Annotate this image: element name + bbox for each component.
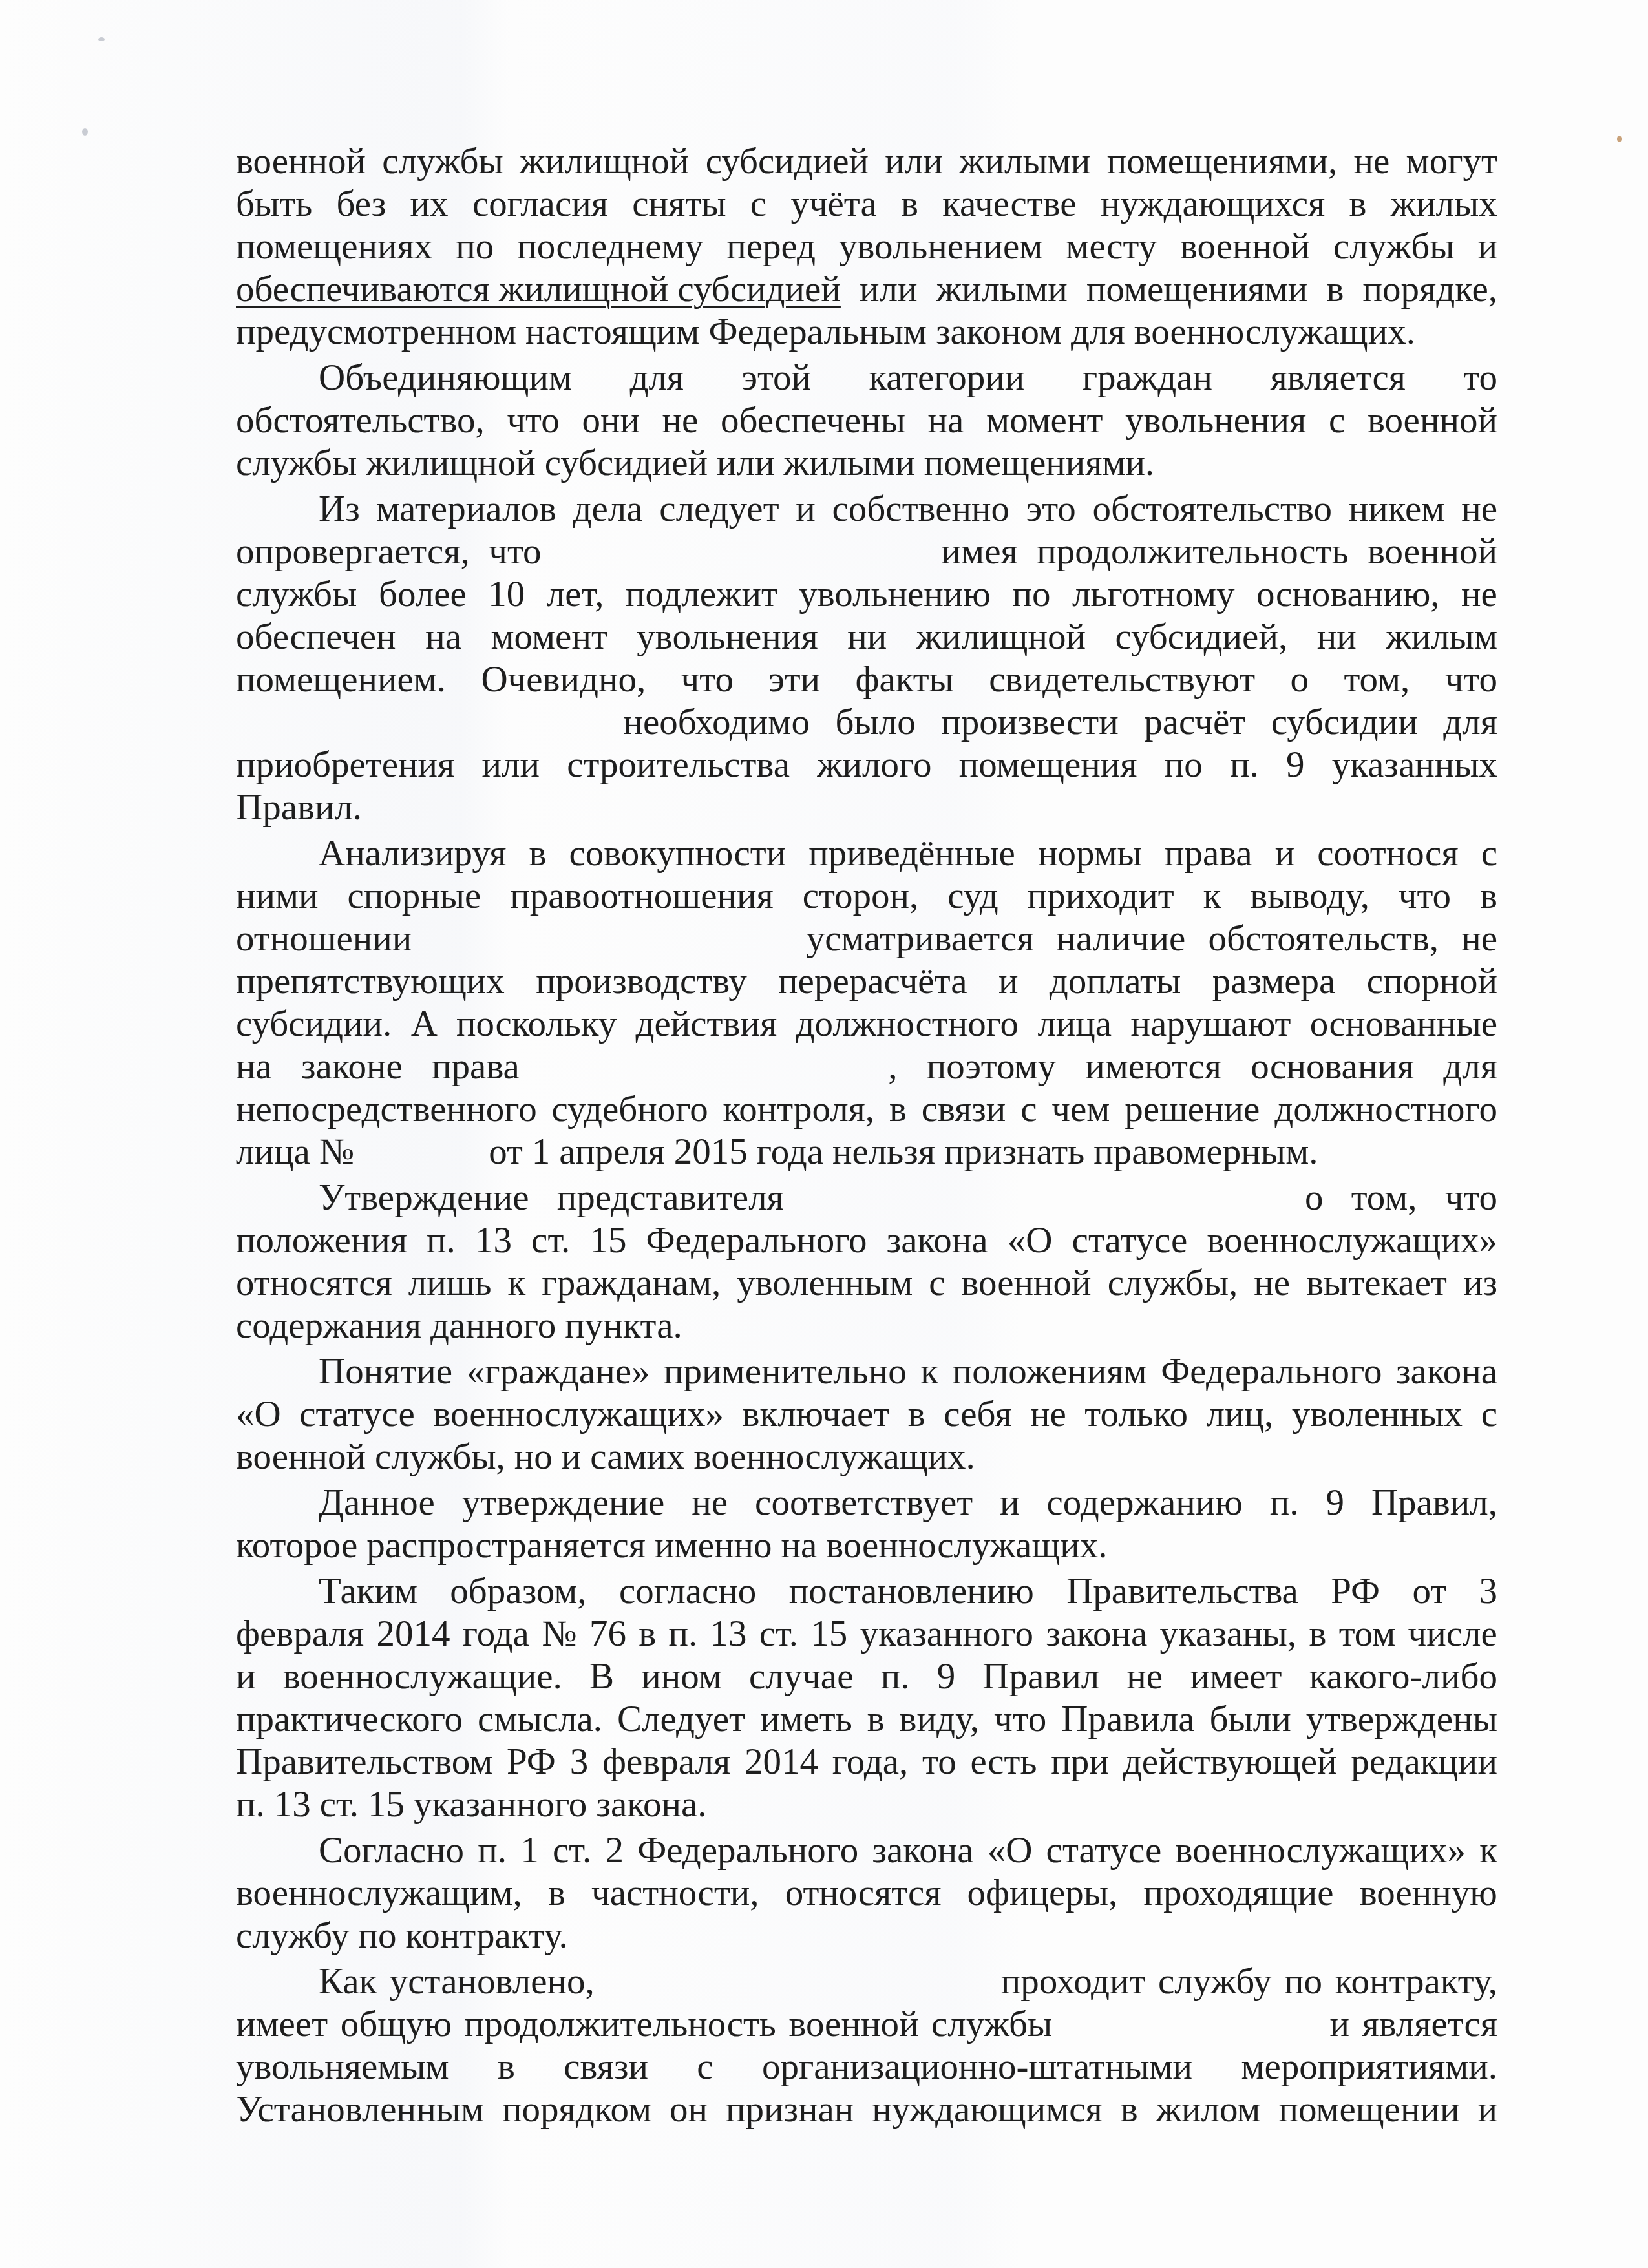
word: лица <box>236 1131 310 1173</box>
word: Данное <box>319 1482 435 1524</box>
word: обстоятельство <box>1093 488 1332 530</box>
word: обеспечен <box>236 616 396 658</box>
word: и <box>1000 1482 1020 1524</box>
text-line: необходимобылопроизвестирасчётсубсидиидл… <box>236 701 1497 744</box>
word: на <box>928 399 964 442</box>
word: закона <box>887 1219 988 1262</box>
word: службы <box>931 2003 1052 2046</box>
text-line: Правил. <box>236 786 1497 829</box>
text-line: Изматериаловделаследуетисобственноэтообс… <box>236 488 1497 530</box>
text-line: Установленнымпорядкомонпризнаннуждающимс… <box>236 2088 1497 2131</box>
word: службы <box>236 442 357 485</box>
word: спорной <box>1367 960 1497 1003</box>
word: сняты <box>632 183 726 226</box>
word: апреля <box>559 1131 665 1173</box>
text-line: бытьбезихсогласияснятысучётавкачественуж… <box>236 183 1497 226</box>
word: производству <box>536 960 747 1003</box>
word: военнослужащих. <box>1134 311 1415 353</box>
paragraph: Изматериаловделаследуетисобственноэтообс… <box>236 488 1497 829</box>
redacted-blank <box>236 702 598 734</box>
word: лица <box>1037 1003 1112 1045</box>
text-line: котороераспространяетсяименнонавоеннослу… <box>236 1524 1497 1567</box>
word: виду, <box>900 1698 979 1741</box>
word: службу <box>236 1915 349 1957</box>
word: опровергается, <box>236 530 470 573</box>
text-line: Анализируявсовокупностиприведённыенормып… <box>236 832 1497 875</box>
paragraph: Понятие«граждане»применительнокположения… <box>236 1350 1497 1478</box>
word: имея <box>942 530 1018 573</box>
word: с <box>1481 1393 1497 1436</box>
word: увольнения <box>1125 399 1306 442</box>
text-line: содержанияданногопункта. <box>236 1305 1497 1347</box>
word: утверждение <box>462 1482 665 1524</box>
word: к <box>1203 875 1221 918</box>
word: что <box>681 658 734 701</box>
word: жилыми <box>936 268 1068 311</box>
word: в <box>867 1698 885 1741</box>
word: статусе <box>1046 1829 1162 1872</box>
word: февраля <box>602 1741 730 1783</box>
word: 10 <box>488 573 525 616</box>
word: 2014 <box>745 1741 818 1783</box>
word: военную <box>1360 1872 1497 1915</box>
word: практического <box>236 1698 463 1741</box>
word: п. <box>881 1655 910 1698</box>
text-line: положенияп.13ст.15Федеральногозакона«Ост… <box>236 1219 1497 1262</box>
word: или <box>885 140 942 183</box>
word: судебного <box>551 1088 708 1131</box>
text-line: непосредственногосудебногоконтроля,всвяз… <box>236 1088 1497 1131</box>
word: 15 <box>810 1613 847 1655</box>
word: службы <box>1333 226 1454 268</box>
word: доплаты <box>1050 960 1181 1003</box>
text-line: помещением.Очевидно,чтоэтифактысвидетель… <box>236 658 1497 701</box>
word: в <box>1121 2088 1138 2131</box>
word: по <box>456 226 494 268</box>
word: выводу, <box>1250 875 1369 918</box>
word: поэтому <box>927 1045 1056 1088</box>
word: порядком <box>502 2088 651 2131</box>
text-line: службыжилищнойсубсидиейилижилымипомещени… <box>236 442 1497 485</box>
paragraph: Какустановлено,проходитслужбупоконтракту… <box>236 1960 1497 2131</box>
word: усматривается <box>807 918 1034 960</box>
word: представителя <box>557 1177 784 1219</box>
word: приходит <box>1028 875 1174 918</box>
word: является <box>1362 2003 1497 2046</box>
word: иметь <box>760 1698 852 1741</box>
word: РФ <box>507 1741 556 1783</box>
word: жилыми <box>784 442 915 485</box>
word: по <box>1012 573 1050 616</box>
word: чем <box>1051 1088 1110 1131</box>
word: военнослужащих» <box>433 1393 724 1436</box>
word: военнослужащих» <box>1207 1219 1497 1262</box>
word: постановлению <box>789 1570 1034 1613</box>
word: соотнося <box>1317 832 1458 875</box>
word: действующей <box>1123 1741 1337 1783</box>
word: основанию, <box>1256 573 1440 616</box>
word: ст. <box>531 1219 570 1262</box>
word: Правил. <box>236 786 362 829</box>
word: нарушают <box>1130 1003 1291 1045</box>
word: военнослужащих. <box>826 1524 1107 1567</box>
word: Правил <box>982 1655 1099 1698</box>
word: редакции <box>1351 1741 1497 1783</box>
word: эти <box>768 658 820 701</box>
word: года, <box>832 1741 908 1783</box>
word: жилого <box>817 744 931 786</box>
word: Как <box>319 1960 377 2003</box>
text-line: Какустановлено,проходитслужбупоконтракту… <box>236 1960 1497 2003</box>
word: на <box>781 1524 817 1567</box>
word: препятствующих <box>236 960 505 1003</box>
word: пункта. <box>565 1305 682 1347</box>
word: 13 <box>710 1613 747 1655</box>
word: февраля <box>236 1613 364 1655</box>
word: или <box>717 442 774 485</box>
word: субсидии. <box>236 1003 392 1045</box>
word: Из <box>319 488 360 530</box>
document-page: военнойслужбыжилищнойсубсидиейилижилымип… <box>0 0 1648 2268</box>
word: о <box>1291 658 1309 701</box>
word: п. <box>427 1219 456 1262</box>
text-line: опровергается,чтоимеяпродолжительностьво… <box>236 530 1497 573</box>
word: закона <box>872 1829 974 1872</box>
word: ст. <box>553 1829 591 1872</box>
word: Установленным <box>236 2088 484 2131</box>
word: основанные <box>1310 1003 1497 1045</box>
word: произвести <box>941 701 1119 744</box>
word: к <box>1479 1829 1497 1872</box>
word: без <box>337 183 386 226</box>
word: настоящим <box>525 311 699 353</box>
word: и <box>1275 832 1295 875</box>
word: военнослужащие. <box>283 1655 562 1698</box>
word: данного <box>430 1305 556 1347</box>
text-line: практическогосмысла.Следуетиметьввиду,чт… <box>236 1698 1497 1741</box>
word: что <box>1445 658 1497 701</box>
word: то <box>1463 357 1497 399</box>
word: это <box>1026 488 1076 530</box>
word: должностного <box>1274 1088 1497 1131</box>
word: правоотношения <box>510 875 773 918</box>
word: факты <box>855 658 953 701</box>
word: Объединяющим <box>319 357 572 399</box>
word: но <box>514 1436 553 1478</box>
word: помещениями. <box>924 442 1155 485</box>
word: размера <box>1212 960 1336 1003</box>
word: связи <box>564 2046 648 2088</box>
word: п. <box>668 1613 697 1655</box>
text-line: обеспеченнамоментувольнениянижилищнойсуб… <box>236 616 1497 658</box>
word: контроля, <box>723 1088 875 1131</box>
word: категории <box>869 357 1024 399</box>
word: субсидии <box>1271 701 1418 744</box>
word: учёта <box>790 183 876 226</box>
scan-artifact-mark <box>82 128 88 136</box>
word: «О <box>1008 1219 1053 1262</box>
word: этой <box>741 357 811 399</box>
word: ними <box>236 875 319 918</box>
word: имеет <box>1190 1655 1282 1698</box>
word: порядке, <box>1362 268 1497 311</box>
word: 76 <box>589 1613 626 1655</box>
word: признан <box>726 2088 854 2131</box>
word: решение <box>1125 1088 1260 1131</box>
word: никем <box>1349 488 1445 530</box>
word: военной <box>788 2003 918 2046</box>
word: года <box>463 1613 529 1655</box>
scan-artifact-mark <box>1617 136 1622 142</box>
redacted-blank <box>435 918 784 950</box>
word: нуждающихся <box>1101 183 1325 226</box>
word: по <box>1284 1960 1322 2003</box>
word: льготному <box>1072 573 1235 616</box>
text-line: субсидии.Апосколькудействиядолжностногол… <box>236 1003 1497 1045</box>
text-line: назаконеправа,поэтомуимеютсяоснованиядля <box>236 1045 1497 1088</box>
word: их <box>410 183 449 226</box>
word: уволенных <box>1292 1393 1463 1436</box>
word: ст. <box>320 1783 359 1826</box>
word: указанных <box>1332 744 1497 786</box>
word: не <box>1461 573 1497 616</box>
word: указанного <box>860 1613 1033 1655</box>
word: установлено, <box>390 1960 595 2003</box>
text-line: препятствующихпроизводствуперерасчётаидо… <box>236 960 1497 1003</box>
word: жилым <box>1386 616 1497 658</box>
word: п. <box>1230 744 1259 786</box>
word: к <box>920 1350 938 1393</box>
text-line: военнойслужбыжилищнойсубсидиейилижилымип… <box>236 140 1497 183</box>
word: отношении <box>236 918 412 960</box>
word: для <box>1071 311 1125 353</box>
word: года <box>757 1131 823 1173</box>
word: совокупности <box>569 832 786 875</box>
word: перерасчёта <box>778 960 967 1003</box>
paragraph: военнойслужбыжилищнойсубсидиейилижилымип… <box>236 140 1497 353</box>
word: свидетельствуют <box>989 658 1255 701</box>
word: согласно <box>619 1570 756 1613</box>
word: по <box>1165 744 1203 786</box>
text-line: ПравительствомРФ3февраля2014года,тоестьп… <box>236 1741 1497 1783</box>
word: имеет <box>236 2003 328 2046</box>
word: 3 <box>1479 1570 1497 1613</box>
word: Правительства <box>1066 1570 1298 1613</box>
word: не <box>1461 918 1497 960</box>
word: с <box>697 2046 713 2088</box>
text-line: Данноеутверждениенесоответствуетисодержа… <box>236 1482 1497 1524</box>
redacted-blank <box>560 531 922 563</box>
word: службы <box>382 140 503 183</box>
word: для <box>1443 1045 1497 1088</box>
word: Федерального <box>646 1219 867 1262</box>
word: 2015 <box>674 1131 748 1173</box>
word: 15 <box>589 1219 626 1262</box>
word: ином <box>641 1655 722 1698</box>
word: правомерным. <box>1093 1131 1318 1173</box>
word: не <box>1030 1393 1066 1436</box>
word: обстоятельств, <box>1208 918 1439 960</box>
word: они <box>582 399 640 442</box>
word: качестве <box>942 183 1076 226</box>
scan-artifact-mark <box>98 37 105 41</box>
redacted-blank <box>549 1046 859 1078</box>
word: к <box>508 1262 526 1305</box>
word: признать <box>944 1131 1084 1173</box>
paragraph: Объединяющимдляэтойкатегориигражданявляе… <box>236 357 1497 485</box>
word: , <box>888 1045 897 1088</box>
word: на <box>425 616 461 658</box>
word: службы, <box>1108 1262 1238 1305</box>
word: офицеры, <box>967 1872 1118 1915</box>
word: 3 <box>570 1741 589 1783</box>
word: в <box>1326 268 1344 311</box>
text-line: отношенииусматриваетсяналичиеобстоятельс… <box>236 918 1497 960</box>
word: Федерального <box>637 1829 858 1872</box>
word: от <box>489 1131 523 1173</box>
redacted-blank <box>1065 2004 1317 2036</box>
word: РФ <box>1331 1570 1380 1613</box>
word: включает <box>743 1393 890 1436</box>
word: с <box>1481 832 1497 875</box>
word: 2 <box>605 1829 624 1872</box>
paragraph: Согласноп.1ст.2Федеральногозакона«Остату… <box>236 1829 1497 1957</box>
word: субсидией <box>545 442 708 485</box>
word: от <box>1412 1570 1446 1613</box>
word: должностного <box>796 1003 1019 1045</box>
word: момент <box>491 616 607 658</box>
word: содержания <box>236 1305 421 1347</box>
word: что <box>507 399 559 442</box>
word: более <box>379 573 467 616</box>
word: были <box>1209 1698 1291 1741</box>
word: поскольку <box>456 1003 617 1045</box>
word: и <box>236 1655 256 1698</box>
word: ни <box>847 616 887 658</box>
text-line: приобретенияилистроительстважилогопомеще… <box>236 744 1497 786</box>
word: для <box>1443 701 1497 744</box>
word: в <box>1480 875 1497 918</box>
word: что <box>1399 875 1451 918</box>
word: что <box>1445 1177 1497 1219</box>
word: нельзя <box>832 1131 935 1173</box>
word: том, <box>1351 1177 1417 1219</box>
word: 9 <box>937 1655 956 1698</box>
word: положения <box>236 1219 407 1262</box>
word: № <box>542 1613 576 1655</box>
word: в <box>1349 183 1366 226</box>
paragraph: Утверждениепредставителяотом,чтоположени… <box>236 1177 1497 1347</box>
underlined-phrase: обеспечиваются жилищной субсидией <box>236 268 841 311</box>
word: законе <box>301 1045 403 1088</box>
word: 13 <box>475 1219 512 1262</box>
word: на <box>236 1045 272 1088</box>
word: «О <box>236 1393 281 1436</box>
word: не <box>692 1482 728 1524</box>
word: 1 <box>532 1131 551 1173</box>
word: жилом <box>1156 2088 1261 2131</box>
word: помещении <box>1278 2088 1459 2131</box>
word: указанного <box>414 1783 587 1826</box>
word: п. <box>236 1783 265 1826</box>
paragraph: Данноеутверждениенесоответствуетисодержа… <box>236 1482 1497 1567</box>
word: «граждане» <box>467 1350 650 1393</box>
word: смысла. <box>478 1698 602 1741</box>
word: о <box>1305 1177 1324 1219</box>
text-line: Объединяющимдляэтойкатегориигражданявляе… <box>236 357 1497 399</box>
word: продолжительность <box>1037 530 1348 573</box>
text-line: имеетобщуюпродолжительностьвоеннойслужбы… <box>236 2003 1497 2046</box>
word: п. <box>1270 1482 1299 1524</box>
word: подлежит <box>626 573 777 616</box>
word: службы, <box>375 1436 505 1478</box>
word: помещения <box>959 744 1137 786</box>
redacted-blank <box>607 1961 988 1993</box>
word: и <box>1477 2088 1497 2131</box>
word: материалов <box>376 488 556 530</box>
word: увольнению <box>799 573 991 616</box>
word: суд <box>947 875 998 918</box>
word: увольнением <box>839 226 1042 268</box>
word: последнему <box>517 226 703 268</box>
word: Утверждение <box>319 1177 529 1219</box>
word: которое <box>236 1524 357 1567</box>
word: военнослужащих. <box>694 1436 975 1478</box>
word: жилищной <box>520 140 689 183</box>
word: относятся <box>785 1872 942 1915</box>
word: Анализируя <box>319 832 506 875</box>
word: Понятие <box>319 1350 452 1393</box>
word: предусмотренном <box>236 311 516 353</box>
word: основания <box>1251 1045 1414 1088</box>
word: приведённые <box>808 832 1015 875</box>
word: закона <box>1046 1613 1147 1655</box>
word: или <box>860 268 917 311</box>
word: В <box>589 1655 614 1698</box>
word: обеспечены <box>721 399 905 442</box>
word: самих <box>590 1436 684 1478</box>
word: указаны, <box>1160 1613 1297 1655</box>
word: он <box>670 2088 708 2131</box>
text-line: Понятие«граждане»применительнокположения… <box>236 1350 1497 1393</box>
word: лиц, <box>1207 1393 1274 1436</box>
word: что <box>994 1698 1046 1741</box>
word: нуждающимся <box>872 2088 1103 2131</box>
word: собственно <box>832 488 1009 530</box>
word: военной <box>1368 530 1497 573</box>
word: проходит <box>1001 1960 1146 2003</box>
word: № <box>319 1131 354 1173</box>
word: том <box>1339 1613 1396 1655</box>
word: быть <box>236 183 312 226</box>
word: жилых <box>1391 183 1497 226</box>
word: Правил, <box>1371 1482 1497 1524</box>
word: соответствует <box>755 1482 973 1524</box>
word: военнослужащим, <box>236 1872 522 1915</box>
word: жилищной <box>366 442 535 485</box>
text-line: предусмотренномнастоящимФедеральнымзакон… <box>236 311 1497 353</box>
word: образом, <box>450 1570 586 1613</box>
word: законом <box>936 311 1062 353</box>
word: то <box>922 1741 956 1783</box>
text-line: службыболее10лет,подлежитувольнениюпольг… <box>236 573 1497 616</box>
text-line: увольняемымвсвязисорганизационно-штатным… <box>236 2046 1497 2088</box>
word: службу <box>1158 1960 1271 2003</box>
word: контракту, <box>1335 1960 1497 2003</box>
word: себя <box>944 1393 1011 1436</box>
word: Следует <box>617 1698 745 1741</box>
word: гражданам, <box>542 1262 721 1305</box>
